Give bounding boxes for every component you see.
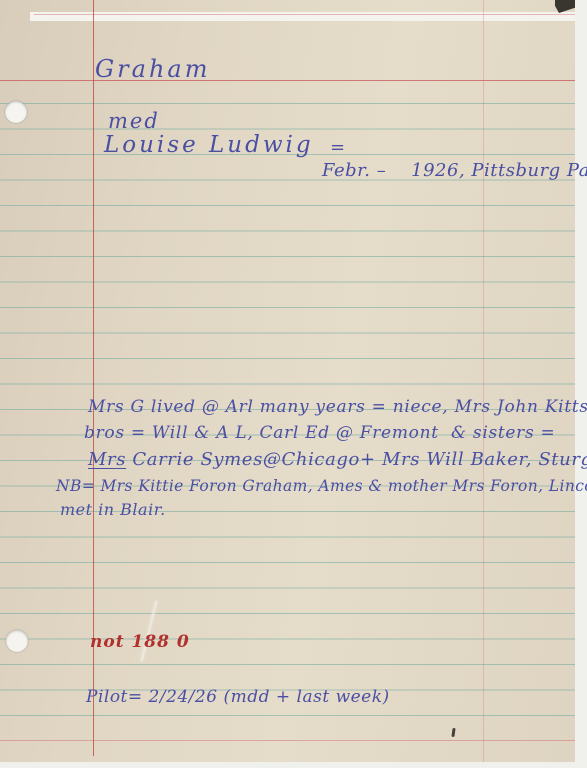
marriage-date-place: Febr. – 1926, Pittsburg Pa	[322, 161, 587, 181]
note-line-4: NB= Mrs Kittie Foron Graham, Ames & moth…	[56, 478, 587, 495]
note-line-5: met in Blair.	[60, 501, 166, 519]
red-bottom-rule	[0, 740, 575, 741]
source-citation: Pilot= 2/24/26 (mdd + last week)	[86, 688, 390, 707]
note-line-3-rest: Carrie Symes@Chicago+ Mrs Will Baker, St…	[126, 449, 587, 470]
red-top-rule	[0, 80, 575, 81]
note-line-3-underlined-word: Mrs	[88, 449, 126, 470]
top-edge-pink-line	[34, 14, 575, 15]
ink-speck	[451, 728, 455, 737]
punch-hole-bottom	[6, 630, 28, 652]
relation-word: med	[108, 110, 160, 133]
spouse-name: Louise Ludwig	[104, 133, 314, 158]
notebook-paper: Graham med Louise Ludwig = Febr. – 1926,…	[0, 0, 575, 762]
surname-heading: Graham	[95, 56, 210, 82]
right-faint-margin-line	[483, 0, 484, 762]
equals-mark: =	[330, 138, 345, 158]
note-line-3: Mrs Carrie Symes@Chicago+ Mrs Will Baker…	[88, 450, 587, 470]
note-line-2: bros = Will & A L, Carl Ed @ Fremont & s…	[84, 424, 555, 443]
scanned-page: Graham med Louise Ludwig = Febr. – 1926,…	[0, 0, 587, 768]
note-line-1: Mrs G lived @ Arl many years = niece, Mr…	[88, 398, 587, 417]
red-census-annotation: not 188 0	[90, 633, 190, 652]
punch-hole-top	[5, 101, 27, 123]
